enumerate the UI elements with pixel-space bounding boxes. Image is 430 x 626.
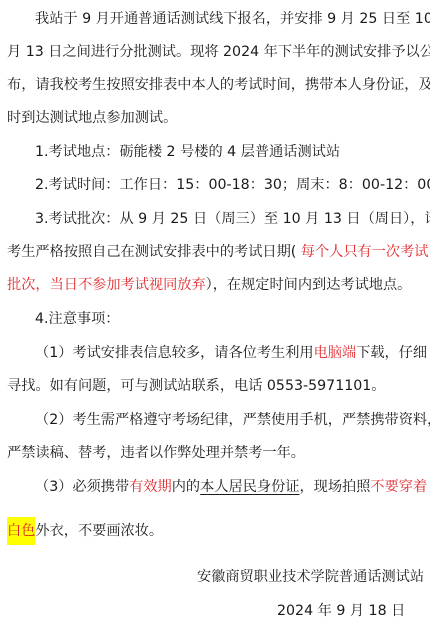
item-batch-line-3: 批次，当日不参加考试视同放弃），在规定时间内到达考试地点。 (7, 274, 411, 296)
item-time: 2.考试时间：工作日：15：00-18：30；周末：8：00-12：00 (35, 174, 430, 196)
note-1-line-1: （1）考试安排表信息较多，请各位考生利用电脑端下载，仔细 (35, 342, 427, 364)
signature-date: 2024 年 9 月 18 日 (277, 600, 405, 622)
batch-text: 考生严格按照自己在测试安排表中的考试日期( (7, 244, 296, 260)
note-3-line-2: 白色外衣，不要画浓妆。 (7, 520, 163, 542)
intro-line-2: 月 13 日之间进行分批测试。现将 2024 年下半年的测试安排予以公 (7, 41, 430, 63)
intro-line-3: 布，请我校考生按照安排表中本人的考试时间，携带本人身份证，及 (7, 74, 430, 96)
note-3-text-end: 外衣，不要画浓妆。 (35, 523, 163, 539)
note-1-line-2: 寻找。如有问题，可与测试站联系，电话 0553-5971101。 (7, 375, 386, 397)
batch-text-cont: ），在规定时间内到达考试地点。 (206, 277, 412, 293)
note-3-emphasis-validity: 有效期 (129, 479, 172, 495)
item-location: 1.考试地点：砺能楼 2 号楼的 4 层普通话测试站 (35, 141, 340, 163)
note-1-text: （1）考试安排表信息较多，请各位考生利用 (35, 345, 314, 361)
notes-title: 4.注意事项： (35, 308, 119, 330)
note-3-underlined-id-card: 本人居民身份证 (200, 479, 299, 495)
note-1-emphasis: 电脑端 (314, 345, 357, 361)
item-batch-line-1: 3.考试批次：从 9 月 25 日（周三）至 10 月 13 日（周日），请 (35, 208, 430, 230)
item-batch-line-2: 考生严格按照自己在测试安排表中的考试日期( 每个人只有一次考试 (7, 241, 429, 263)
note-3-highlight-white: 白色 (7, 517, 35, 545)
note-1-text-post: 下载，仔细 (356, 345, 427, 361)
note-3-line-1: （3）必须携带有效期内的本人居民身份证，现场拍照不要穿着 (35, 476, 427, 498)
batch-warning-cont: 批次，当日不参加考试视同放弃 (7, 277, 206, 293)
note-3-text-post: ，现场拍照 (299, 479, 370, 495)
intro-line-4: 时到达测试地点参加测试。 (7, 107, 177, 129)
signature-org: 安徽商贸职业技术学院普通话测试站 (197, 566, 424, 588)
intro-line-1: 我站于 9 月开通普通话测试线下报名，并安排 9 月 25 日至 10 (35, 8, 430, 30)
note-2-line-1: （2）考生需严格遵守考场纪律，严禁使用手机，严禁携带资料， (35, 409, 430, 431)
note-3-text: （3）必须携带 (35, 479, 129, 495)
notice-document: 我站于 9 月开通普通话测试线下报名，并安排 9 月 25 日至 10 月 13… (0, 0, 430, 626)
note-2-line-2: 严禁读稿、替考，违者以作弊处理并禁考一年。 (7, 442, 305, 464)
note-3-emphasis-dress: 不要穿着 (370, 479, 427, 495)
batch-warning: 每个人只有一次考试 (296, 244, 428, 260)
note-3-text-mid: 内的 (172, 479, 200, 495)
